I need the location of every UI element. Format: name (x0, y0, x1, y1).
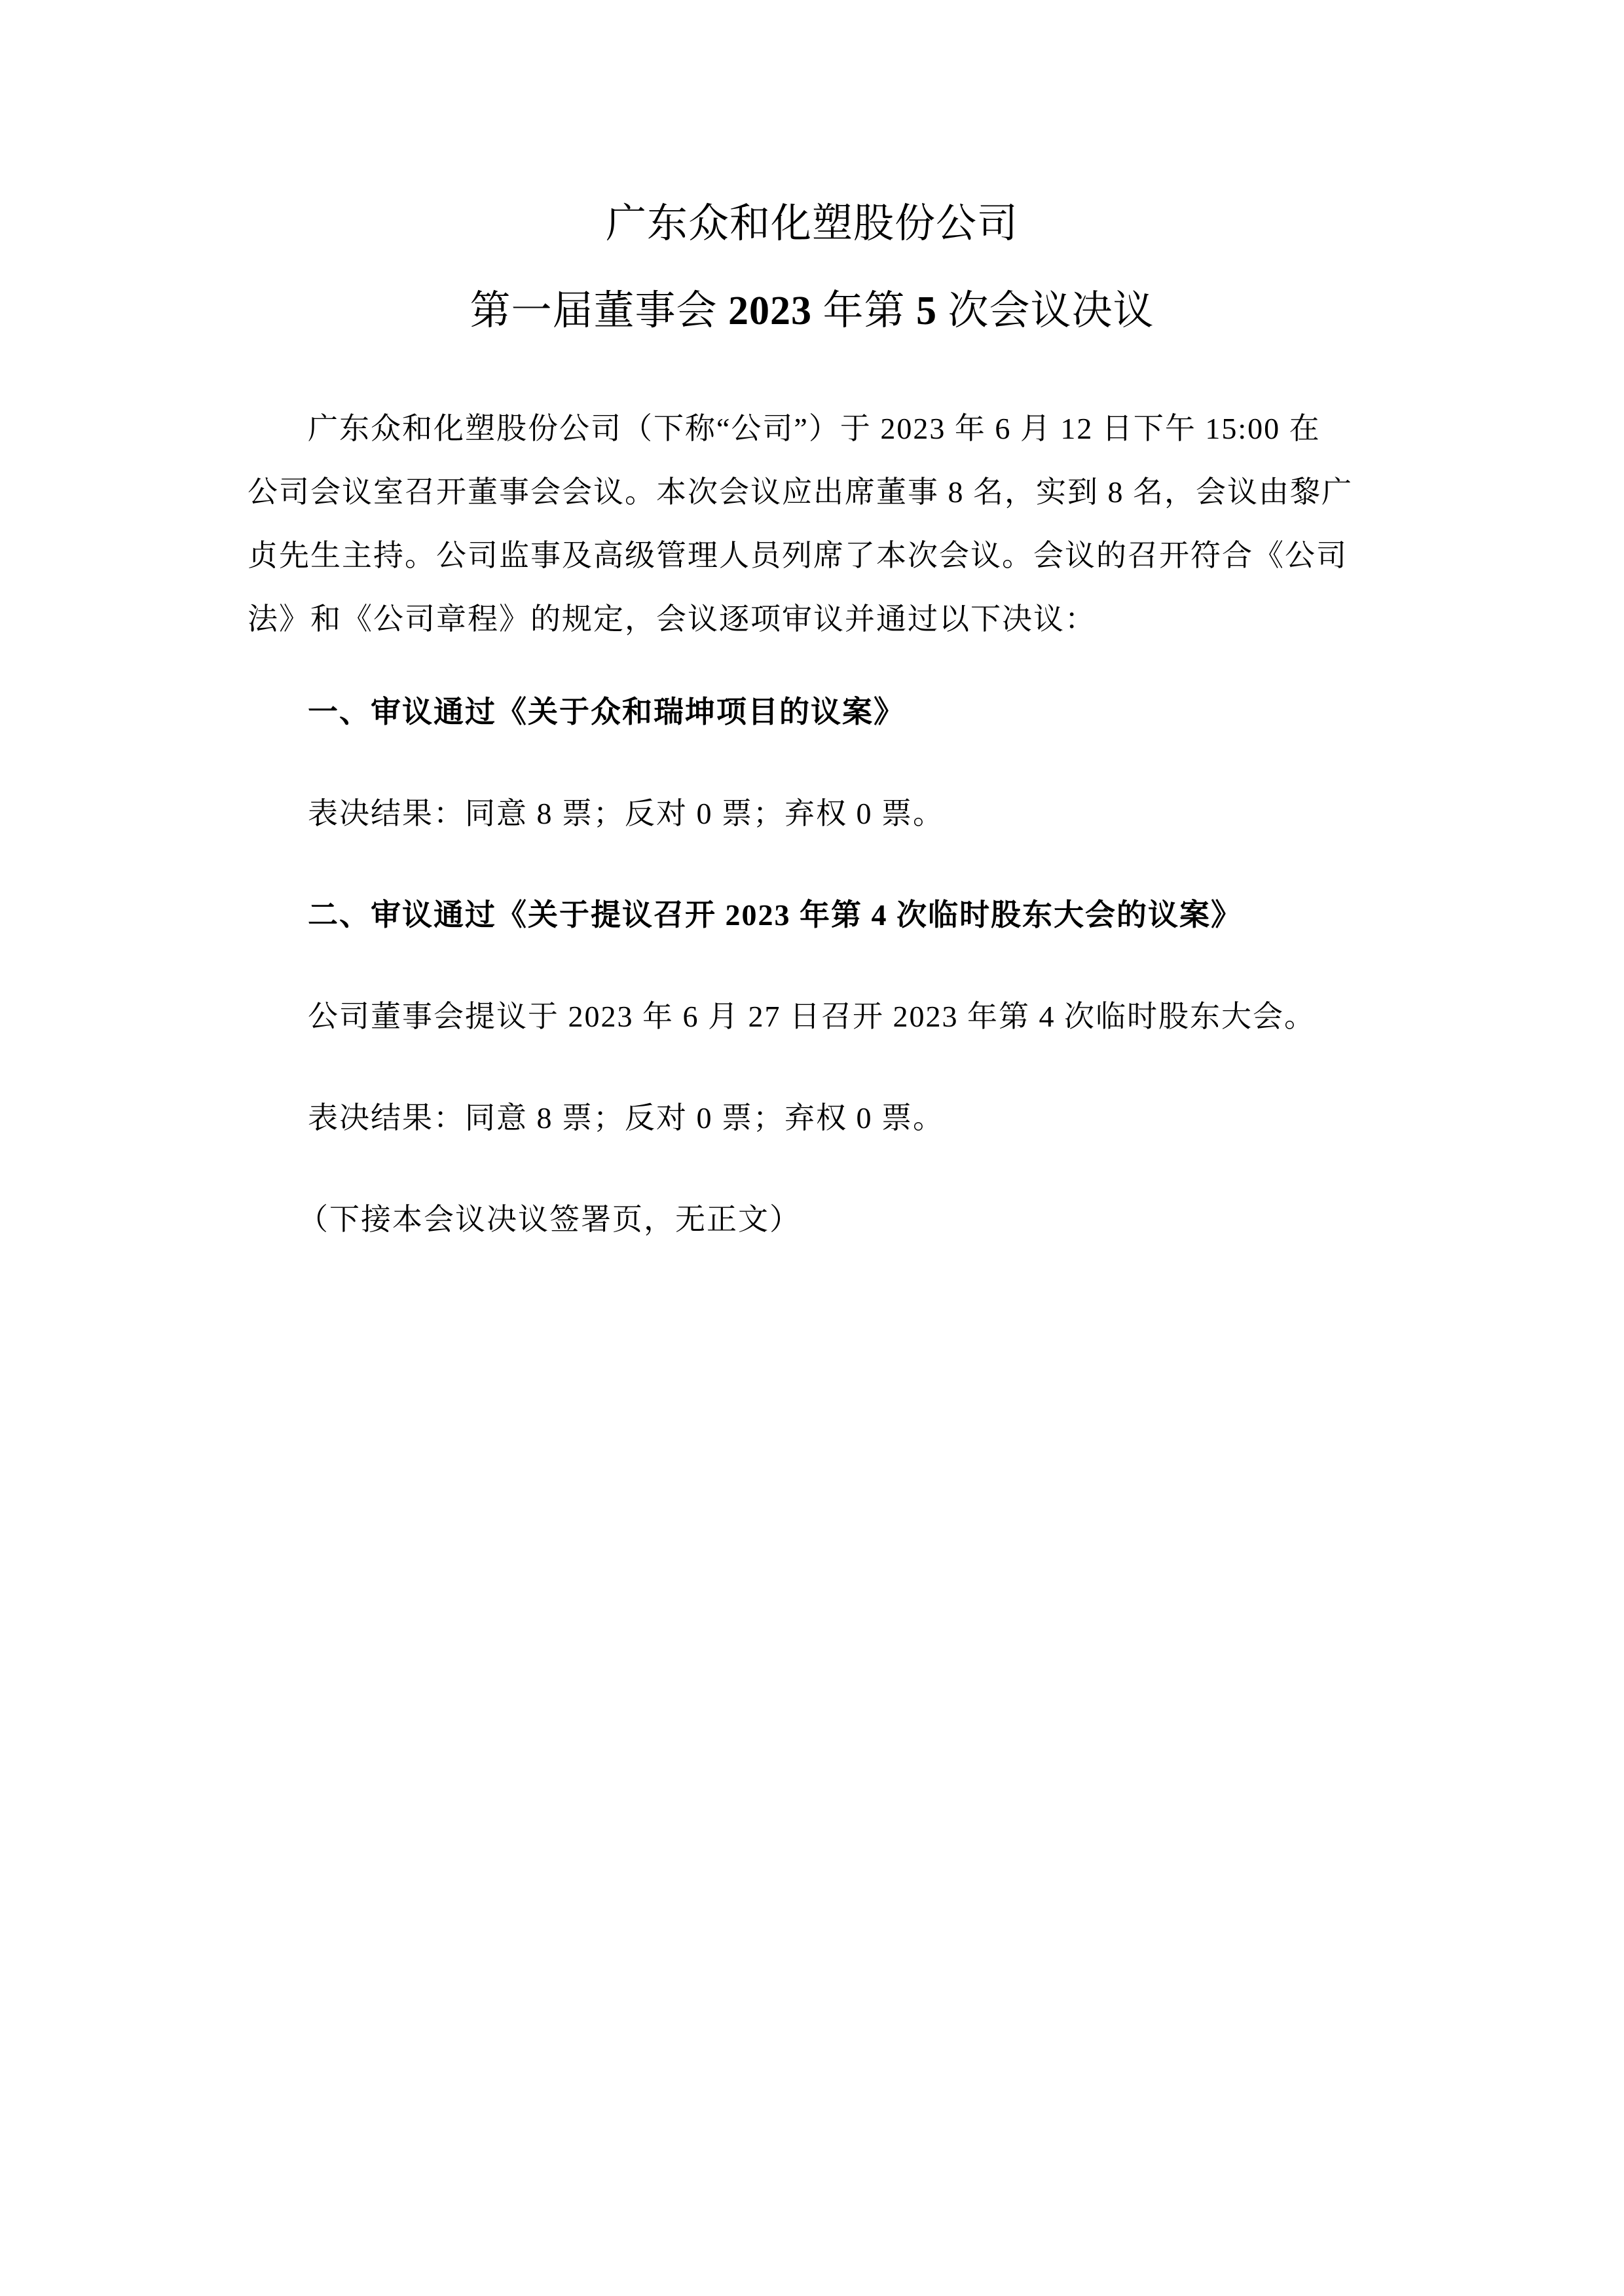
resolution-title: 第一届董事会 2023 年第 5 次会议决议 (0, 288, 1624, 334)
resolution-2-vote-result: 表决结果：同意 8 票；反对 0 票；弃权 0 票。 (308, 1100, 944, 1137)
intro-paragraph-line-2: 公司会议室召开董事会会议。本次会议应出席董事 8 名，实到 8 名，会议由黎广 (248, 474, 1353, 511)
resolution-1-vote-result: 表决结果：同意 8 票；反对 0 票；弃权 0 票。 (308, 795, 944, 832)
closing-note: （下接本会议决议签署页，无正文） (298, 1201, 801, 1238)
resolution-2-body: 公司董事会提议于 2023 年 6 月 27 日召开 2023 年第 4 次临时… (308, 998, 1316, 1035)
intro-paragraph-line-3: 贞先生主持。公司监事及高级管理人员列席了本次会议。会议的召开符合《公司 (248, 538, 1348, 574)
resolution-2-heading: 二、审议通过《关于提议召开 2023 年第 4 次临时股东大会的议案》 (308, 897, 1242, 934)
company-name-title: 广东众和化塑股份公司 (0, 201, 1624, 247)
intro-paragraph-line-1: 广东众和化塑股份公司（下称“公司”）于 2023 年 6 月 12 日下午 15… (308, 410, 1321, 447)
title-mid: 年第 (822, 289, 905, 333)
resolution-1-heading: 一、审议通过《关于众和瑞坤项目的议案》 (308, 694, 905, 731)
title-session-number: 5 (906, 289, 948, 333)
title-suffix: 次会议决议 (948, 289, 1154, 333)
document-page: 广东众和化塑股份公司 第一届董事会 2023 年第 5 次会议决议 广东众和化塑… (0, 0, 1624, 2296)
intro-paragraph-line-4: 法》和《公司章程》的规定，会议逐项审议并通过以下决议： (248, 601, 1096, 638)
title-prefix: 第一届董事会 (470, 289, 717, 333)
title-year: 2023 (717, 289, 822, 333)
